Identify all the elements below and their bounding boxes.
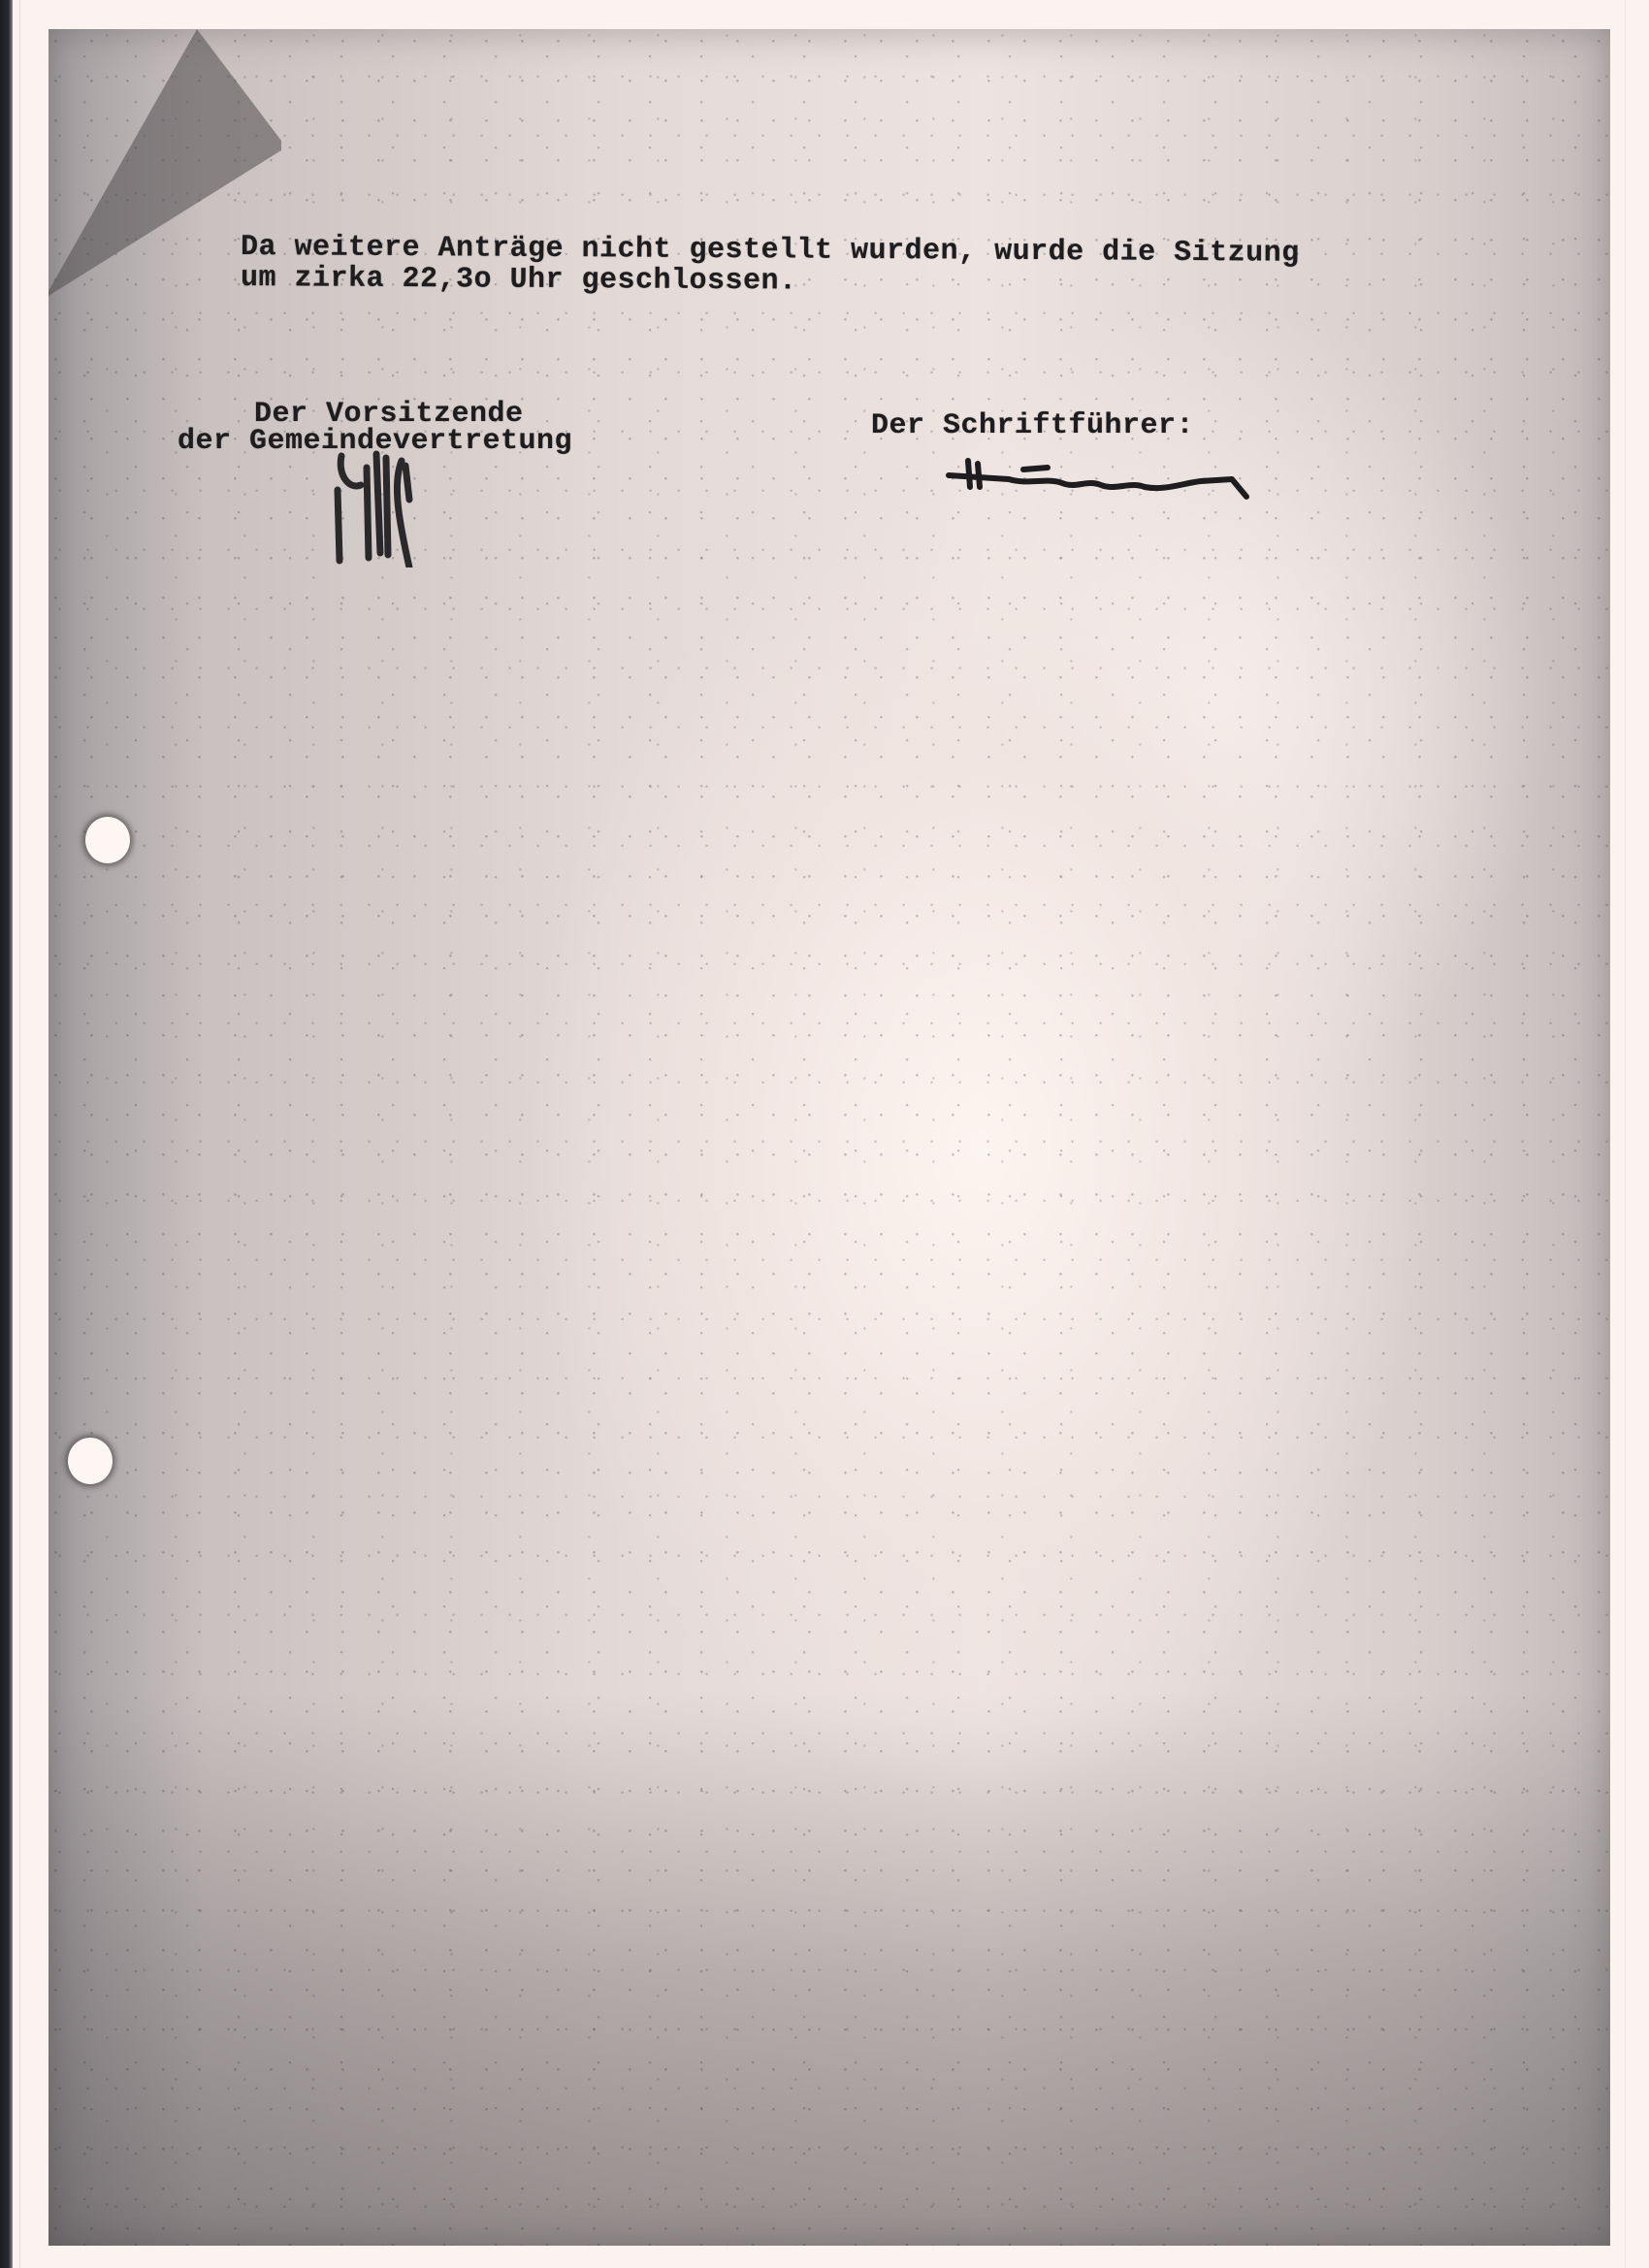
scanner-edge-line (19, 0, 20, 2268)
scanner-edge (0, 0, 13, 2268)
secretary-title: Der Schriftführer: (871, 411, 1194, 440)
punch-hole-icon (68, 1438, 113, 1484)
punch-hole-icon (85, 817, 130, 863)
chair-signature-icon (320, 446, 427, 567)
closing-statement-line-2: um zirka 22,3o Uhr geschlossen. (241, 264, 797, 297)
secretary-signature-icon (941, 456, 1251, 504)
document-page (48, 29, 1610, 2246)
paper-texture (48, 29, 1610, 2246)
scanner-edge-line-right (1625, 0, 1626, 2268)
scanned-document: Da weitere Anträge nicht gestellt wurden… (0, 0, 1649, 2268)
